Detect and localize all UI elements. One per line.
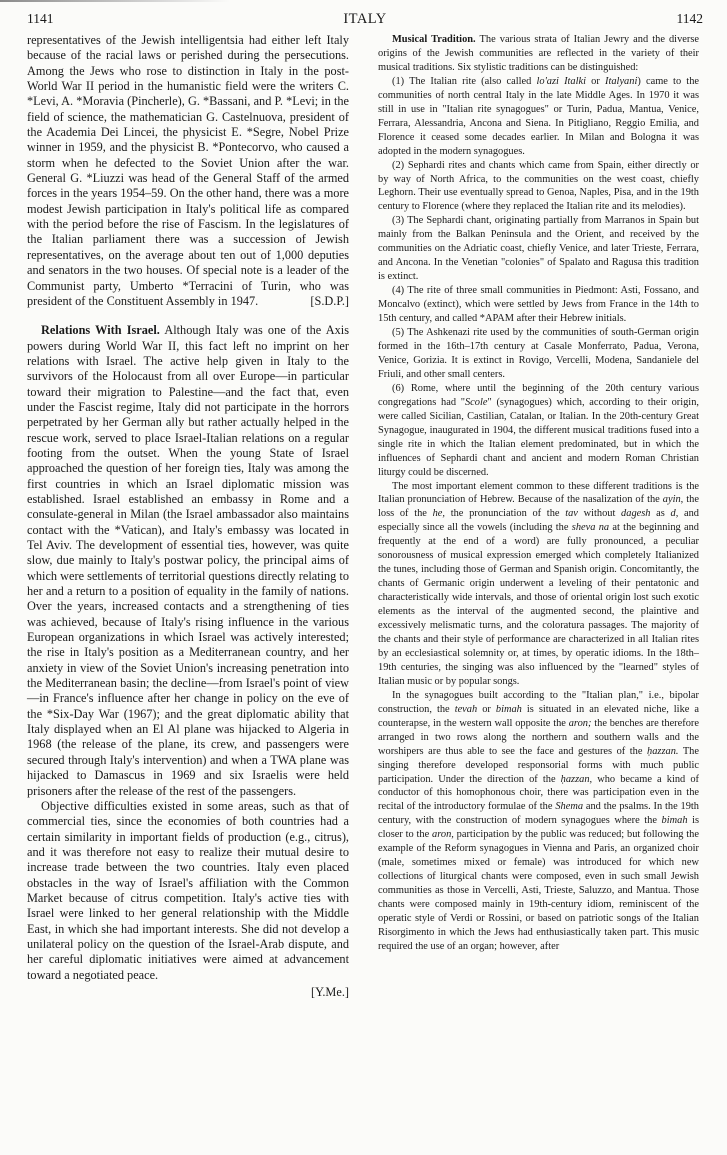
tradition-3: (3) The Sephardi chant, originating part… [378,214,699,284]
running-title: ITALY [27,10,703,28]
italic-term: Scole [465,397,488,408]
italic-term: bimah [496,704,522,715]
italic-term: ḥazzan. [647,746,678,757]
text: The most important element common to the… [378,481,699,506]
text: as [650,508,670,519]
left-column: representatives of the Jewish intelligen… [27,33,349,1000]
tradition-6: (6) Rome, where until the beginning of t… [378,382,699,480]
italic-term: ayin, [663,494,684,505]
text: the pronunciation of the [445,508,565,519]
italic-term: aron; [569,718,592,729]
scan-edge-shadow [0,0,230,2]
italic-term: Italyani [605,76,637,87]
section-heading-musical: Musical Tradition. [392,34,476,45]
paragraph-text: representatives of the Jewish intelligen… [27,33,349,308]
italic-term: aron, [432,829,454,840]
italic-term: tav [565,508,578,519]
italic-term: dagesh [621,508,650,519]
author-signature: [Y.Me.] [27,985,349,1000]
right-column: Musical Tradition. The various strata of… [378,33,699,954]
tradition-1: (1) The Italian rite (also called lo'azi… [378,75,699,159]
paragraph-objective-difficulties: Objective difficulties existed in some a… [27,799,349,983]
author-signature: [S.D.P.] [310,294,349,309]
text: or [477,704,496,715]
page-number-right: 1142 [677,10,704,28]
section-relations-with-israel: Relations With Israel. Although Italy wa… [27,323,349,799]
text: ) came to the communities of north centr… [378,76,699,157]
text: (1) The Italian rite (also called [392,76,536,87]
paragraph-text: Although Italy was one of the Axis power… [27,323,349,797]
tradition-2: (2) Sephardi rites and chants which came… [378,159,699,215]
text: participation by the public was reduced;… [378,829,699,952]
italic-term: lo'azi Italki [536,76,586,87]
tradition-4: (4) The rite of three small communities … [378,284,699,326]
italic-term: bimah [662,815,688,826]
italic-term: he, [433,508,445,519]
paragraph-pronunciation: The most important element common to the… [378,480,699,689]
text: " (synagogues) which, according to their… [378,397,699,478]
tradition-5: (5) The Ashkenazi rite used by the commu… [378,326,699,382]
section-musical-tradition: Musical Tradition. The various strata of… [378,33,699,75]
text: or [586,76,605,87]
running-header: 1141 ITALY 1142 [27,10,703,28]
italic-term: tevah [455,704,478,715]
paragraph-notable-jews: representatives of the Jewish intelligen… [27,33,349,309]
paragraph-synagogue-plan: In the synagogues built according to the… [378,689,699,954]
italic-term: Shema [555,801,583,812]
italic-term: ḥazzan, [561,774,592,785]
italic-term: sheva na [572,522,609,533]
text: without [578,508,621,519]
text: at the beginning and frequently at the e… [378,522,699,686]
section-heading-relations: Relations With Israel. [41,323,160,337]
paragraph-text: Objective difficulties existed in some a… [27,799,349,982]
